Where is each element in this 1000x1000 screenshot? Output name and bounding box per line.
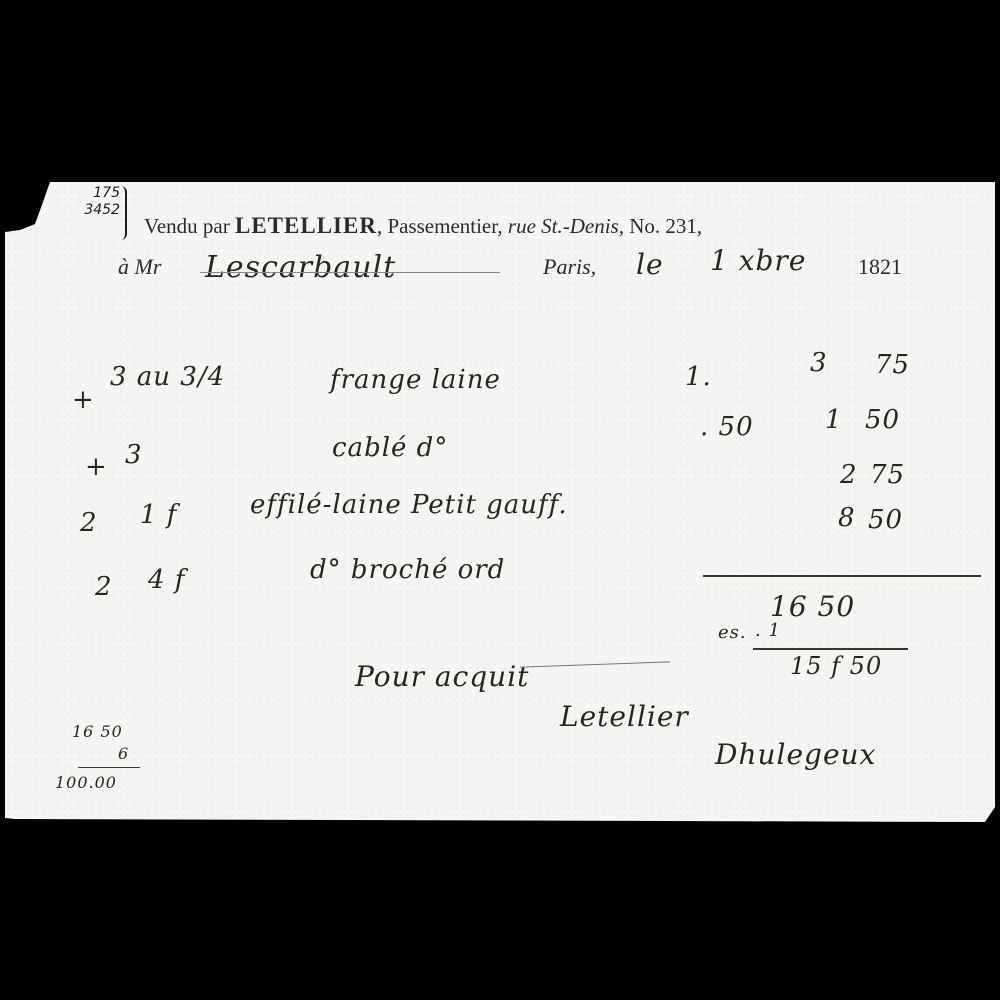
addressee-underline xyxy=(200,272,500,273)
brace-mark xyxy=(121,186,127,240)
row-3-mark: 2 xyxy=(80,508,98,538)
row-3-description: effilé-laine Petit gauff. xyxy=(250,490,568,520)
merchant-trade: Passementier, xyxy=(387,214,502,238)
date-day-month: 1 xbre xyxy=(710,244,806,277)
row-2-description: cablé d° xyxy=(332,433,448,463)
row-1-qty: 3 au 3/4 xyxy=(110,362,225,392)
row-2-amount-fr: 1 xyxy=(825,405,843,435)
discount-label: es. xyxy=(718,622,747,643)
row-3-amount-c: 75 xyxy=(870,460,905,490)
sold-by-label: Vendu par xyxy=(144,214,230,238)
reference-numbers: 175 3452 xyxy=(62,185,120,219)
margin-calc-line2: 6 xyxy=(118,744,129,763)
row-1-mark: + xyxy=(72,385,95,415)
total-rule xyxy=(753,648,908,650)
row-1-amount-c: 75 xyxy=(875,350,910,380)
second-signature: Dhulegeux xyxy=(715,738,876,771)
total-amount: 15 f 50 xyxy=(790,652,882,680)
row-4-amount-c: 50 xyxy=(868,505,903,535)
addressee-name: Lescarbault xyxy=(205,250,396,285)
row-3-amount-fr: 2 xyxy=(840,460,858,490)
merchant-name: LETELLIER xyxy=(235,213,377,238)
row-2-qty: 3 xyxy=(125,440,143,470)
row-3-qty: 1 f xyxy=(140,500,177,530)
addressee-prefix: à Mr xyxy=(118,254,161,280)
row-2-unit-price: . 50 xyxy=(700,412,754,442)
row-2-mark: + xyxy=(85,452,108,482)
row-4-description: d° broché ord xyxy=(310,555,505,585)
subtotal: 16 50 xyxy=(770,590,855,623)
row-1-amount-fr: 3 xyxy=(810,348,828,378)
row-2-amount-c: 50 xyxy=(865,405,900,435)
row-4-mark: 2 xyxy=(95,572,113,602)
acquit-text: Pour acquit xyxy=(355,660,529,693)
merchant-street: rue St.-Denis, xyxy=(508,214,624,238)
row-4-amount-fr: 8 xyxy=(838,503,856,533)
margin-calc-rule xyxy=(78,767,140,768)
place-city: Paris, xyxy=(543,254,596,280)
margin-calc-result: 100.00 xyxy=(55,773,117,792)
ref-number-bottom: 3452 xyxy=(62,202,120,219)
merchant-signature: Letellier xyxy=(560,700,689,733)
ref-number-top: 175 xyxy=(62,185,120,202)
row-1-unit-price: 1. xyxy=(685,362,712,392)
discount-value: . 1 xyxy=(755,620,781,641)
merchant-street-number: No. 231 xyxy=(629,214,697,238)
row-4-qty: 4 f xyxy=(148,565,185,595)
margin-calc-line1: 16 50 xyxy=(72,722,123,741)
date-year: 1821 xyxy=(858,254,902,280)
row-1-description: frange laine xyxy=(330,365,501,395)
subtotal-rule xyxy=(703,575,981,577)
printed-header: Vendu par LETELLIER, Passementier, rue S… xyxy=(144,213,702,239)
date-le: le xyxy=(636,248,664,281)
header-comma: , xyxy=(697,214,702,238)
